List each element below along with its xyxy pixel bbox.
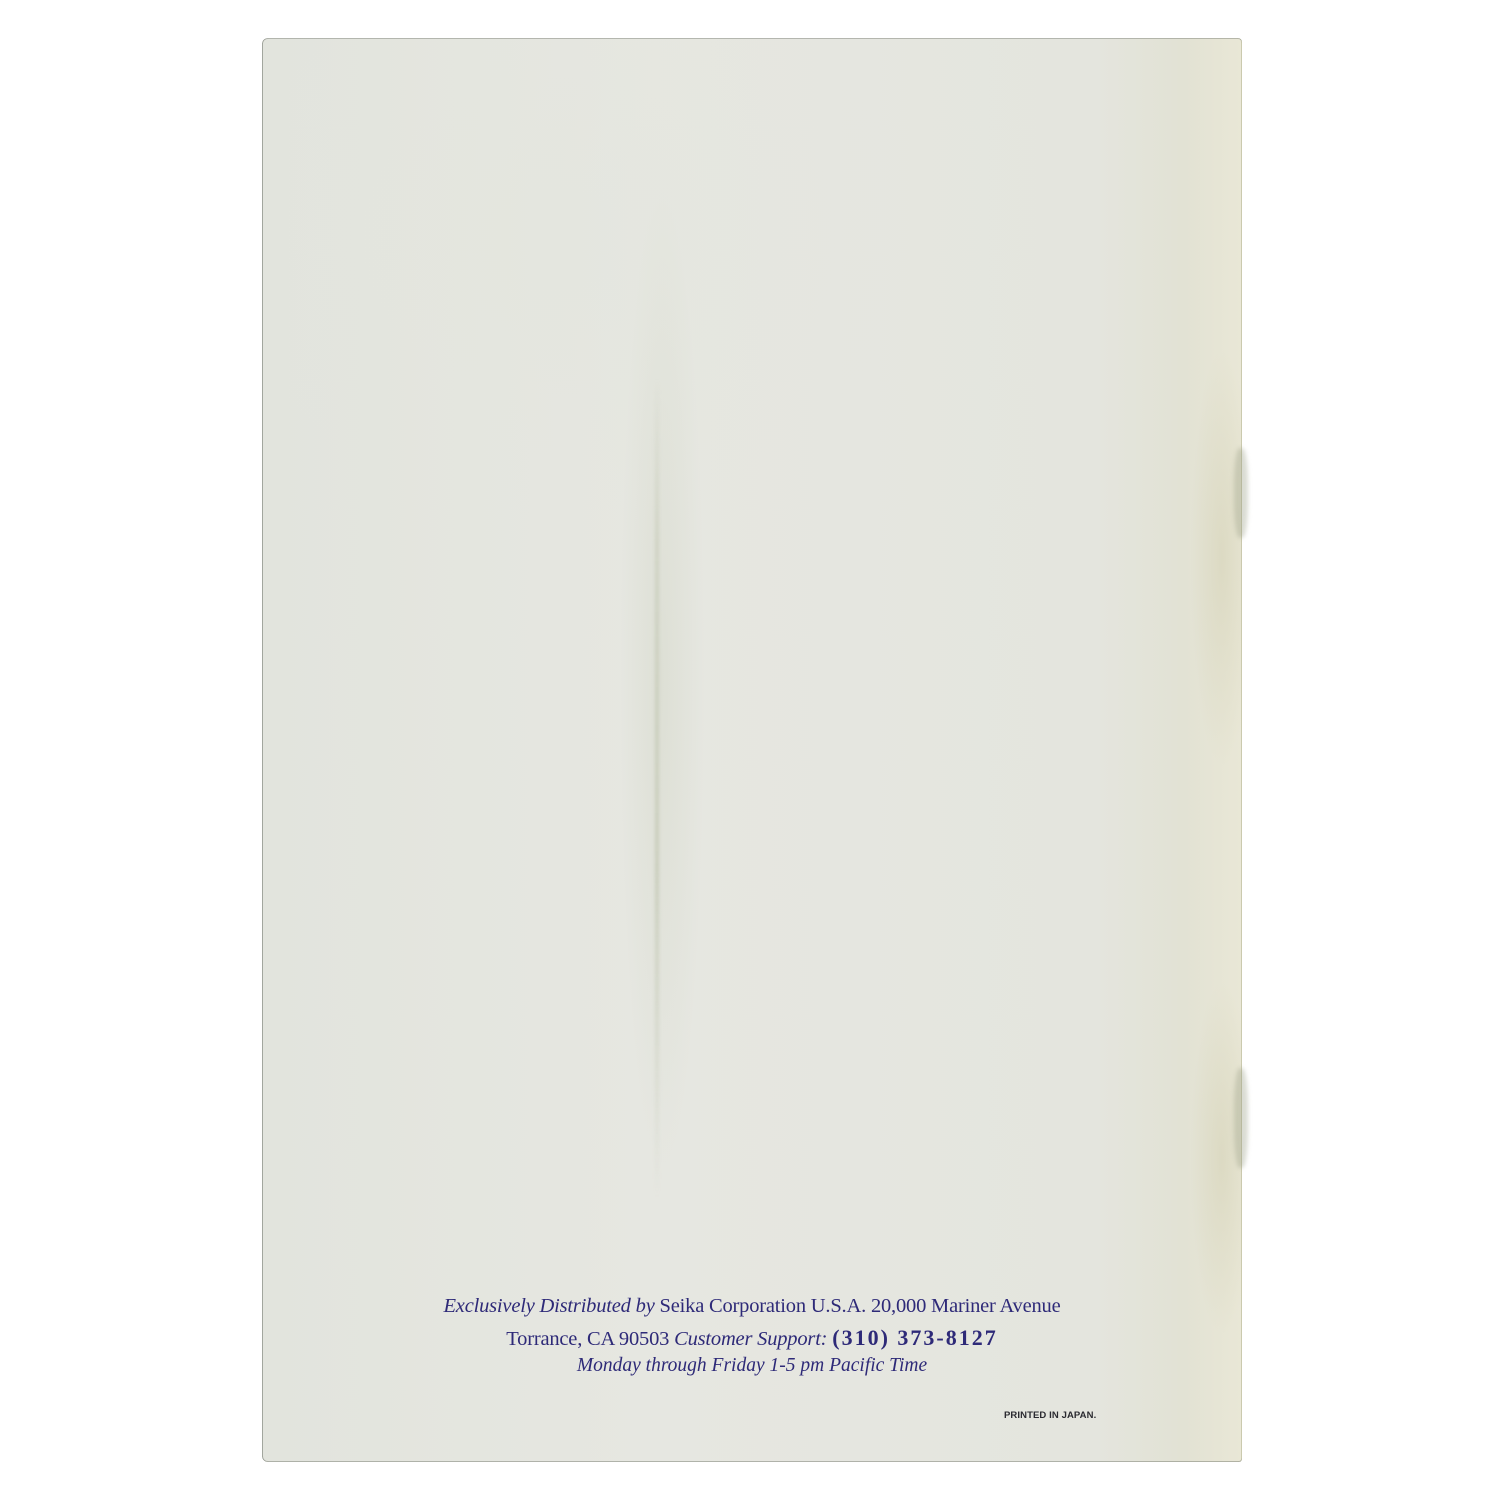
edge-wear-mark (1234, 448, 1248, 538)
page-background: Exclusively Distributed by Seika Corpora… (0, 0, 1500, 1500)
support-label: Customer Support: (674, 1328, 827, 1350)
edge-wear-mark (1234, 1068, 1248, 1168)
distributor-street: 20,000 Mariner Avenue (871, 1295, 1061, 1317)
distributor-company: Seika Corporation U.S.A. (660, 1295, 866, 1317)
support-hours: Monday through Friday 1-5 pm Pacific Tim… (577, 1355, 927, 1376)
paper-crease (655, 378, 659, 1198)
printed-in-note: PRINTED IN JAPAN. (1004, 1410, 1096, 1421)
distributor-city: Torrance, CA 90503 (506, 1328, 669, 1350)
support-hours-line: Monday through Friday 1-5 pm Pacific Tim… (262, 1355, 1242, 1377)
support-line: Torrance, CA 90503 Customer Support: (31… (262, 1325, 1242, 1351)
distributor-line: Exclusively Distributed by Seika Corpora… (262, 1295, 1242, 1318)
booklet-back-cover: Exclusively Distributed by Seika Corpora… (262, 38, 1242, 1462)
support-phone: (310) 373-8127 (832, 1325, 997, 1350)
distributor-prefix: Exclusively Distributed by (443, 1295, 654, 1317)
